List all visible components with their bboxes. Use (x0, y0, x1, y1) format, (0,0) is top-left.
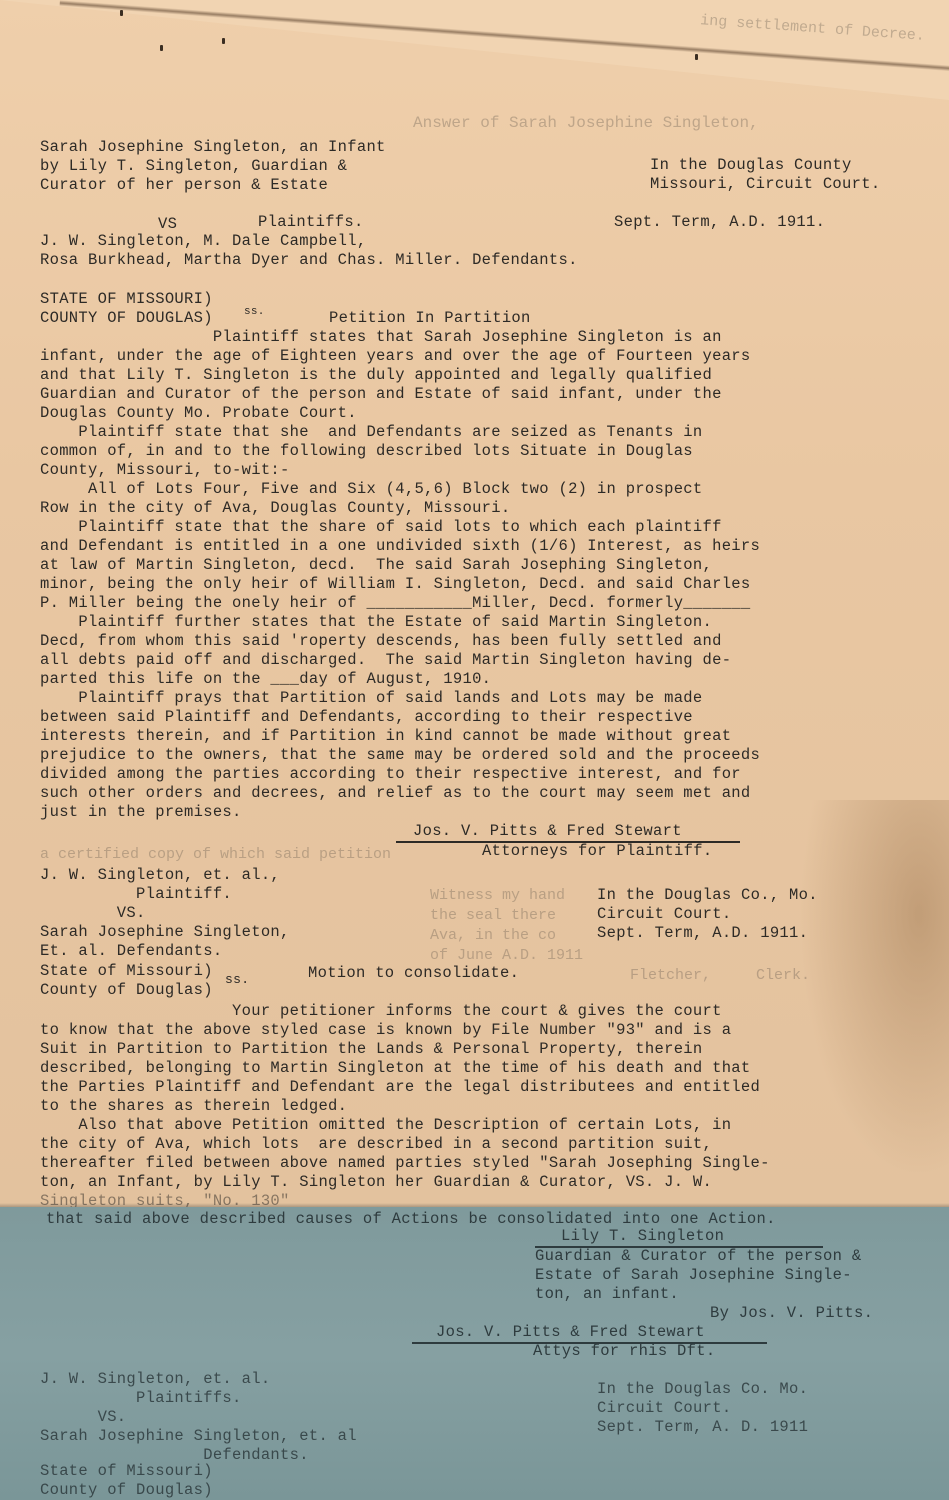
petition-caption-right: In the Douglas County Missouri, Circuit … (650, 156, 880, 194)
ghost-witness-3: the seal there (430, 907, 556, 924)
body-line: Decd, from whom this said 'roperty desce… (40, 632, 760, 651)
body-line: at law of Martin Singleton, decd. The sa… (40, 556, 760, 575)
body-line: all debts paid off and discharged. The s… (40, 651, 760, 670)
staple-hole (695, 54, 698, 60)
petition-body: Plaintiff states that Sarah Josephine Si… (40, 328, 760, 822)
body-line: and Defendant is entitled in a one undiv… (40, 537, 760, 556)
body-line: Douglas County Mo. Probate Court. (40, 404, 760, 423)
ghost-witness-2: Witness my hand (430, 887, 565, 904)
caption-line: by Lily T. Singleton, Guardian & (40, 157, 386, 176)
body-line: infant, under the age of Eighteen years … (40, 347, 760, 366)
body-line: ton, an Infant, by Lily T. Singleton her… (40, 1173, 770, 1192)
role-line: Guardian & Curator of the person & (535, 1247, 861, 1266)
motion-signature-2: Jos. V. Pitts & Fred Stewart (436, 1323, 705, 1342)
venue-line: STATE OF MISSOURI) (40, 290, 213, 309)
body-line: between said Plaintiff and Defendants, a… (40, 708, 760, 727)
body-line: Row in the city of Ava, Douglas County, … (40, 499, 760, 518)
caption-line: VS. (40, 904, 290, 923)
caption-line: Plaintiffs. (40, 1389, 357, 1408)
caption-line: J. W. Singleton, et. al. (40, 1370, 357, 1389)
body-line: All of Lots Four, Five and Six (4,5,6) B… (40, 480, 760, 499)
body-line: Plaintiff state that she and Defendants … (40, 423, 760, 442)
answer-caption-right: In the Douglas Co. Mo. Circuit Court. Se… (597, 1380, 808, 1437)
body-line: Plaintiff further states that the Estate… (40, 613, 760, 632)
body-line: such other orders and decrees, and relie… (40, 784, 760, 803)
court-line: Circuit Court. (597, 905, 818, 924)
body-line: P. Miller being the onely heir of ______… (40, 594, 760, 613)
motion-caption-right: In the Douglas Co., Mo. Circuit Court. S… (597, 886, 818, 943)
body-line: Plaintiff state that the share of said l… (40, 518, 760, 537)
petition-defendants: J. W. Singleton, M. Dale Campbell, Rosa … (40, 232, 578, 270)
caption-line: Curator of her person & Estate (40, 176, 386, 195)
body-line: Guardian and Curator of the person and E… (40, 385, 760, 404)
answer-caption-left: J. W. Singleton, et. al. Plaintiffs. VS.… (40, 1370, 357, 1465)
petition-signature: Jos. V. Pitts & Fred Stewart (413, 822, 682, 841)
staple-hole (120, 10, 123, 16)
body-line: minor, being the only heir of William I.… (40, 575, 760, 594)
ss-label: ss. (244, 303, 265, 322)
ghost-witness-1: a certified copy of which said petition (40, 846, 391, 863)
body-line: Suit in Partition to Partition the Lands… (40, 1040, 770, 1059)
answer-venue: State of Missouri) County of Douglas) (40, 1462, 213, 1500)
body-line: common of, in and to the following descr… (40, 442, 760, 461)
caption-line: VS. (40, 1408, 357, 1427)
by-line: By Jos. V. Pitts. (710, 1304, 873, 1323)
court-line: Circuit Court. (597, 1399, 808, 1418)
venue-line: State of Missouri) (40, 1462, 213, 1481)
motion-signature-1-role: Guardian & Curator of the person & Estat… (535, 1247, 861, 1304)
body-line: just in the premises. (40, 803, 760, 822)
motion-body: Your petitioner informs the court & give… (40, 1002, 770, 1211)
body-line: divided among the parties according to t… (40, 765, 760, 784)
body-line: prejudice to the owners, that the same m… (40, 746, 760, 765)
body-line: interests therein, and if Partition in k… (40, 727, 760, 746)
court-line: In the Douglas County (650, 156, 880, 175)
body-line: and that Lily T. Singleton is the duly a… (40, 366, 760, 385)
caption-line: Sarah Josephine Singleton, et. al (40, 1427, 357, 1446)
role-line: ton, an infant. (535, 1285, 861, 1304)
staple-hole (160, 45, 163, 51)
venue-line: COUNTY OF DOUGLAS) (40, 309, 213, 328)
caption-line: Plaintiff. (40, 885, 290, 904)
caption-line: J. W. Singleton, et. al., (40, 866, 290, 885)
body-line: Also that above Petition omitted the Des… (40, 1116, 770, 1135)
defendant-line: J. W. Singleton, M. Dale Campbell, (40, 232, 578, 251)
caption-line: Sarah Josephine Singleton, (40, 923, 290, 942)
motion-title: Motion to consolidate. (308, 964, 519, 983)
term-label: Sept. Term, A.D. 1911. (614, 213, 825, 232)
court-line: In the Douglas Co. Mo. (597, 1380, 808, 1399)
body-line: parted this life on the ___day of August… (40, 670, 760, 689)
ghost-witness-4: Ava, in the co (430, 927, 556, 944)
body-line: County, Missouri, to-wit:- (40, 461, 760, 480)
venue-line: County of Douglas) (40, 1481, 213, 1500)
body-line: described, belonging to Martin Singleton… (40, 1059, 770, 1078)
court-line: Missouri, Circuit Court. (650, 175, 880, 194)
body-line: to the shares as therein ledged. (40, 1097, 770, 1116)
defendant-line: Rosa Burkhead, Martha Dyer and Chas. Mil… (40, 251, 578, 270)
ghost-header: Answer of Sarah Josephine Singleton, (413, 114, 759, 132)
ghost-witness-5: of June A.D. 1911 (430, 947, 583, 964)
staple-hole (222, 38, 225, 44)
court-line: In the Douglas Co., Mo. (597, 886, 818, 905)
caption-line: Sarah Josephine Singleton, an Infant (40, 138, 386, 157)
plaintiffs-label: Plaintiffs. (258, 213, 364, 232)
body-line: to know that the above styled case is kn… (40, 1021, 770, 1040)
motion-signature-1: Lily T. Singleton (561, 1227, 724, 1246)
water-stain (799, 800, 949, 1180)
ss-label: ss. (225, 970, 249, 989)
motion-signature-2-role: Attys for rhis Dft. (533, 1342, 715, 1361)
body-line: the Parties Plaintiff and Defendant are … (40, 1078, 770, 1097)
petition-caption-left: Sarah Josephine Singleton, an Infant by … (40, 138, 386, 195)
body-line: thereafter filed between above named par… (40, 1154, 770, 1173)
ghost-witness-6: Fletcher, Clerk. (630, 967, 810, 984)
court-line: Sept. Term, A.D. 1911. (597, 924, 818, 943)
body-line: the city of Ava, which lots are describe… (40, 1135, 770, 1154)
motion-caption-left: J. W. Singleton, et. al., Plaintiff. VS.… (40, 866, 290, 961)
venue-line: County of Douglas) (40, 981, 213, 1000)
petition-title: Petition In Partition (329, 309, 531, 328)
motion-venue: State of Missouri) County of Douglas) (40, 962, 213, 1000)
body-line: Plaintiff states that Sarah Josephine Si… (40, 328, 760, 347)
body-line: Plaintiff prays that Partition of said l… (40, 689, 760, 708)
role-line: Estate of Sarah Josephine Single- (535, 1266, 861, 1285)
petition-signature-role: Attorneys for Plaintiff. (482, 842, 712, 861)
caption-line: Et. al. Defendants. (40, 942, 290, 961)
court-line: Sept. Term, A. D. 1911 (597, 1418, 808, 1437)
body-line: Your petitioner informs the court & give… (40, 1002, 770, 1021)
petition-venue: STATE OF MISSOURI) COUNTY OF DOUGLAS) (40, 290, 213, 328)
venue-line: State of Missouri) (40, 962, 213, 981)
